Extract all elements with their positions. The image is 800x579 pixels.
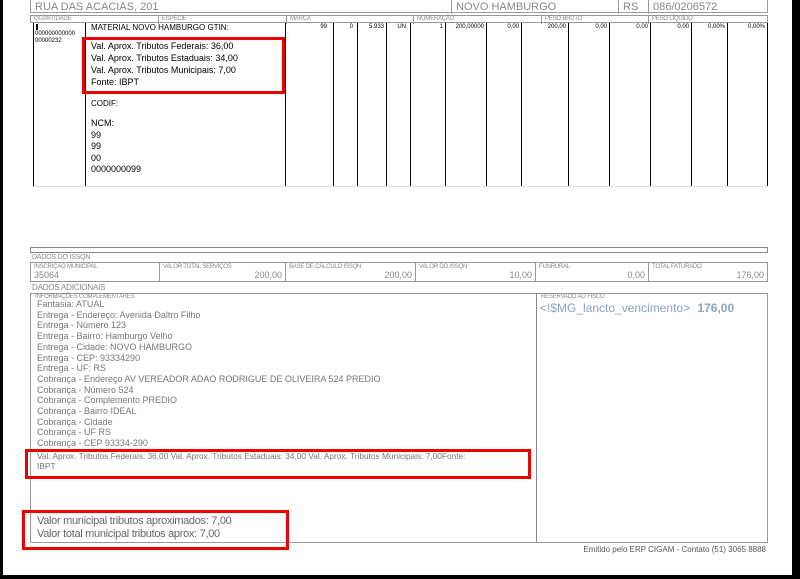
issqn-label: VALOR TOTAL SERVIÇOS (163, 264, 232, 270)
info-line: Cobrança - Complemento PREDIO (37, 395, 380, 406)
fisco-placeholder: <!$MG_lancto_vencimento> (540, 301, 690, 315)
item-code-line1: 000000000000 (35, 31, 75, 38)
item-value: 0,00% (727, 24, 765, 30)
municipio-value: NOVO HAMBURGO (456, 1, 556, 13)
col-peso-liquido: PESO LÍQUIDO (652, 16, 693, 22)
uf-value: RS (623, 1, 638, 13)
info-lines: Fantasia: ATUAL Entrega - Endereço: Aven… (37, 299, 380, 449)
item-value: 0,00 (486, 24, 519, 30)
item-value: 0,00 (568, 24, 607, 30)
info-line: Entrega - Bairro: Hamburgo Velho (37, 331, 380, 342)
volumes-header: QUANTIDADE ESPÉCIE MARCA NUMERAÇÃO PESO … (30, 15, 768, 23)
info-line: Entrega - Cidade: NOVO HAMBURGO (37, 342, 380, 353)
item-value: 0,00 (650, 24, 689, 30)
item-value: 1 (410, 24, 443, 30)
issqn-label: BASE DE CÁLCULO ISSQN (289, 264, 361, 270)
address-row: ENDEREÇO RUA DAS ACACIAS, 201 MUNICÍPIO … (30, 0, 768, 13)
info-line: Entrega - UF: RS (37, 363, 380, 374)
item-value: 0,00 (609, 24, 648, 30)
item-value: 0,00% (691, 24, 725, 30)
fisco-value: 176,00 (697, 301, 734, 315)
col-especie: ESPÉCIE (162, 16, 187, 22)
info-line: Entrega - CEP: 93334290 (37, 353, 380, 364)
issqn-value: 10,00 (509, 270, 532, 280)
highlight-municipal-summary (22, 510, 289, 550)
issqn-label: VALOR DO ISSQN (419, 264, 467, 270)
info-line: Cobrança - UF RS (37, 427, 380, 438)
info-line: Fantasia: ATUAL (37, 299, 380, 310)
issqn-value: 200,00 (254, 270, 282, 280)
col-numeracao: NUMERAÇÃO (417, 16, 454, 22)
item-ncm-1: 99 (91, 130, 141, 142)
item-ncm-block: NCM: 99 99 00 0000000099 (91, 118, 141, 176)
info-line: Cobrança - Cidade (37, 417, 380, 428)
col-peso-bruto: PESO BRUTO (545, 16, 582, 22)
col-marca: MARCA (290, 16, 311, 22)
inscricao-value: 086/0206572 (653, 1, 717, 13)
issqn-value: 200,00 (384, 270, 412, 280)
item-value: 99 (285, 24, 327, 30)
item-description: MATERIAL NOVO HAMBURGO GTIN: (91, 23, 229, 32)
item-ncm-3: 00 (91, 153, 141, 165)
fisco-content: <!$MG_lancto_vencimento> 176,00 (540, 301, 734, 315)
info-line: Entrega - Endereço: Avenida Daltro Filho (37, 310, 380, 321)
emitted-by: Emitido pelo ERP CIGAM - Contato (51) 30… (583, 545, 766, 554)
item-code-line2: 00000232 (35, 38, 75, 45)
fisco-label: RESERVADO AO FISCO (541, 294, 605, 300)
issqn-value: 0,00 (627, 270, 645, 280)
item-value: 200,00 (521, 24, 566, 30)
item-value: 0 (333, 24, 353, 30)
issqn-label: TOTAL FATURADO (652, 264, 702, 270)
info-line: Entrega - Número 123 (37, 320, 380, 331)
issqn-value: 35064 (34, 270, 59, 280)
endereco-value: RUA DAS ACACIAS, 201 (35, 1, 159, 13)
col-quantidade: QUANTIDADE (34, 16, 71, 22)
item-ncm-2: 99 (91, 141, 141, 153)
item-codif: CODIF: (91, 99, 118, 108)
info-line: Cobrança - Número 524 (37, 385, 380, 396)
additional-box: INFORMAÇÕES COMPLEMENTARES RESERVADO AO … (30, 293, 768, 543)
info-line: Cobrança - Endereço AV VEREADOR ADAO ROD… (37, 374, 380, 385)
item-value: 5.933 (357, 24, 384, 30)
info-line: Cobrança - CEP 93334-290 (37, 438, 380, 449)
issqn-label: FUNRURAL (539, 264, 570, 270)
info-line: Cobrança - Bairro IDEAL (37, 406, 380, 417)
item-code: 000000000000 00000232 (35, 31, 75, 45)
separator-bar (30, 247, 768, 253)
issqn-row: INSCRIÇÃO MUNICIPAL 35064 VALOR TOTAL SE… (30, 262, 768, 282)
danfe-page: ENDEREÇO RUA DAS ACACIAS, 201 MUNICÍPIO … (3, 0, 792, 575)
highlight-tax-summary (25, 449, 531, 479)
highlight-item-taxes (82, 37, 285, 94)
item-value: 200,00000 (445, 24, 484, 30)
additional-title: DADOS ADICIONAIS (32, 283, 105, 292)
issqn-value: 176,00 (736, 270, 764, 280)
issqn-title: DADOS DO ISSQN (32, 254, 90, 261)
item-ncm-label: NCM: (91, 118, 141, 130)
item-ncm-4: 0000000099 (91, 164, 141, 176)
item-value: UN (386, 24, 406, 30)
